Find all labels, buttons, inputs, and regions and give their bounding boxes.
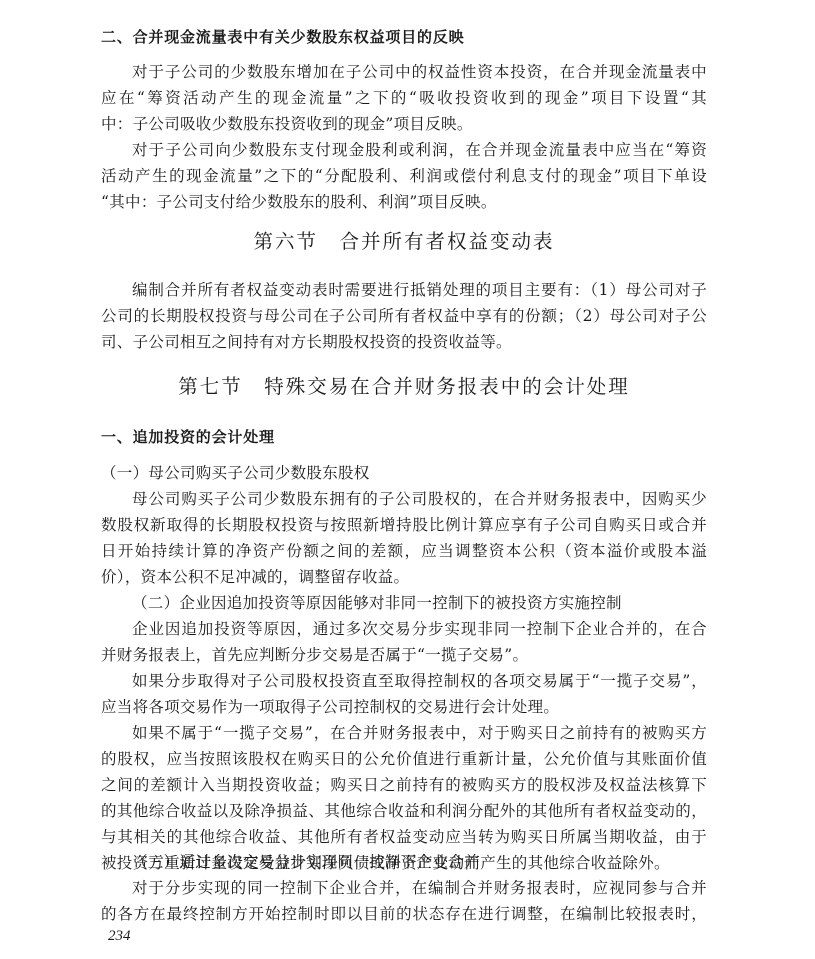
paragraph-line: 编制合并所有者权益变动表时需要进行抵销处理的项目主要有：（1）母公司对子 — [101, 280, 707, 300]
paragraph-line: 日开始持续计算的净资产份额之间的差额，应当调整资本公积（资本溢价或股本溢 — [101, 541, 707, 561]
paragraph-line: 对于子公司向少数股东支付现金股利或利润，在合并现金流量表中应当在“筹资 — [101, 140, 707, 160]
paragraph-line: 应当将各项交易作为一项取得子公司控制权的交易进行会计处理。 — [101, 697, 707, 717]
subheading-3: （三）通过多次交易分步实现同一控制下企业合并 — [101, 852, 480, 872]
paragraph-line: 并财务报表上，首先应判断分步交易是否属于“一揽子交易”。 — [101, 645, 707, 665]
subheading-1: （一）母公司购买子公司少数股东股权 — [101, 463, 370, 483]
paragraph-line: 的其他综合收益以及除净损益、其他综合收益和利润分配外的其他所有者权益变动的， — [101, 801, 707, 821]
paragraph-line: 的各方在最终控制方开始控制时即以目前的状态存在进行调整，在编制比较报表时， — [101, 904, 707, 924]
paragraph-line: 母公司购买子公司少数股东拥有的子公司股权的，在合并财务报表中，因购买少 — [101, 489, 707, 509]
heading-additional-investment: 一、追加投资的会计处理 — [101, 427, 275, 447]
paragraph-line: 如果分步取得对子公司股权投资直至取得控制权的各项交易属于“一揽子交易”， — [101, 671, 707, 691]
paragraph-line: 活动产生的现金流量”之下的“分配股利、利润或偿付利息支付的现金”项目下单设 — [101, 166, 707, 186]
paragraph-line: 的股权，应当按照该股权在购买日的公允价值进行重新计量，公允价值与其账面价值 — [101, 749, 707, 769]
section-title-7: 第七节 特殊交易在合并财务报表中的会计处理 — [101, 375, 707, 399]
paragraph-line: 企业因追加投资等原因，通过多次交易分步实现非同一控制下企业合并的，在合 — [101, 619, 707, 639]
paragraph-line: 对于子公司的少数股东增加在子公司中的权益性资本投资，在合并现金流量表中 — [101, 62, 707, 82]
paragraph-line: 对于分步实现的同一控制下企业合并，在编制合并财务报表时，应视同参与合并 — [101, 878, 707, 898]
heading-cashflow-minority: 二、合并现金流量表中有关少数股东权益项目的反映 — [101, 27, 464, 47]
paragraph-line: 中：子公司吸收少数股东投资收到的现金”项目反映。 — [101, 114, 707, 134]
paragraph-line: 数股权新取得的长期股权投资与按照新增持股比例计算应享有子公司自购买日或合并 — [101, 515, 707, 535]
paragraph-line: 价），资本公积不足冲减的，调整留存收益。 — [101, 567, 707, 587]
subheading-2: （二）企业因追加投资等原因能够对非同一控制下的被投资方实施控制 — [101, 593, 622, 613]
paragraph-line: 与其相关的其他综合收益、其他所有者权益变动应当转为购买日所属当期收益，由于 — [101, 827, 707, 847]
paragraph-line: 如果不属于“一揽子交易”，在合并财务报表中，对于购买日之前持有的被购买方 — [101, 723, 707, 743]
paragraph-line: “其中：子公司支付给少数股东的股利、利润”项目反映。 — [101, 192, 707, 212]
section-title-6: 第六节 合并所有者权益变动表 — [101, 230, 707, 254]
page-number: 234 — [108, 928, 131, 945]
paragraph-line: 之间的差额计入当期投资收益；购买日之前持有的被购买方的股权涉及权益法核算下 — [101, 775, 707, 795]
paragraph-line: 司、子公司相互之间持有对方长期股权投资的投资收益等。 — [101, 332, 707, 352]
paragraph-line: 公司的长期股权投资与母公司在子公司所有者权益中享有的份额；（2）母公司对子公 — [101, 306, 707, 326]
paragraph-line: 应在“筹资活动产生的现金流量”之下的“吸收投资收到的现金”项目下设置“其 — [101, 88, 707, 108]
